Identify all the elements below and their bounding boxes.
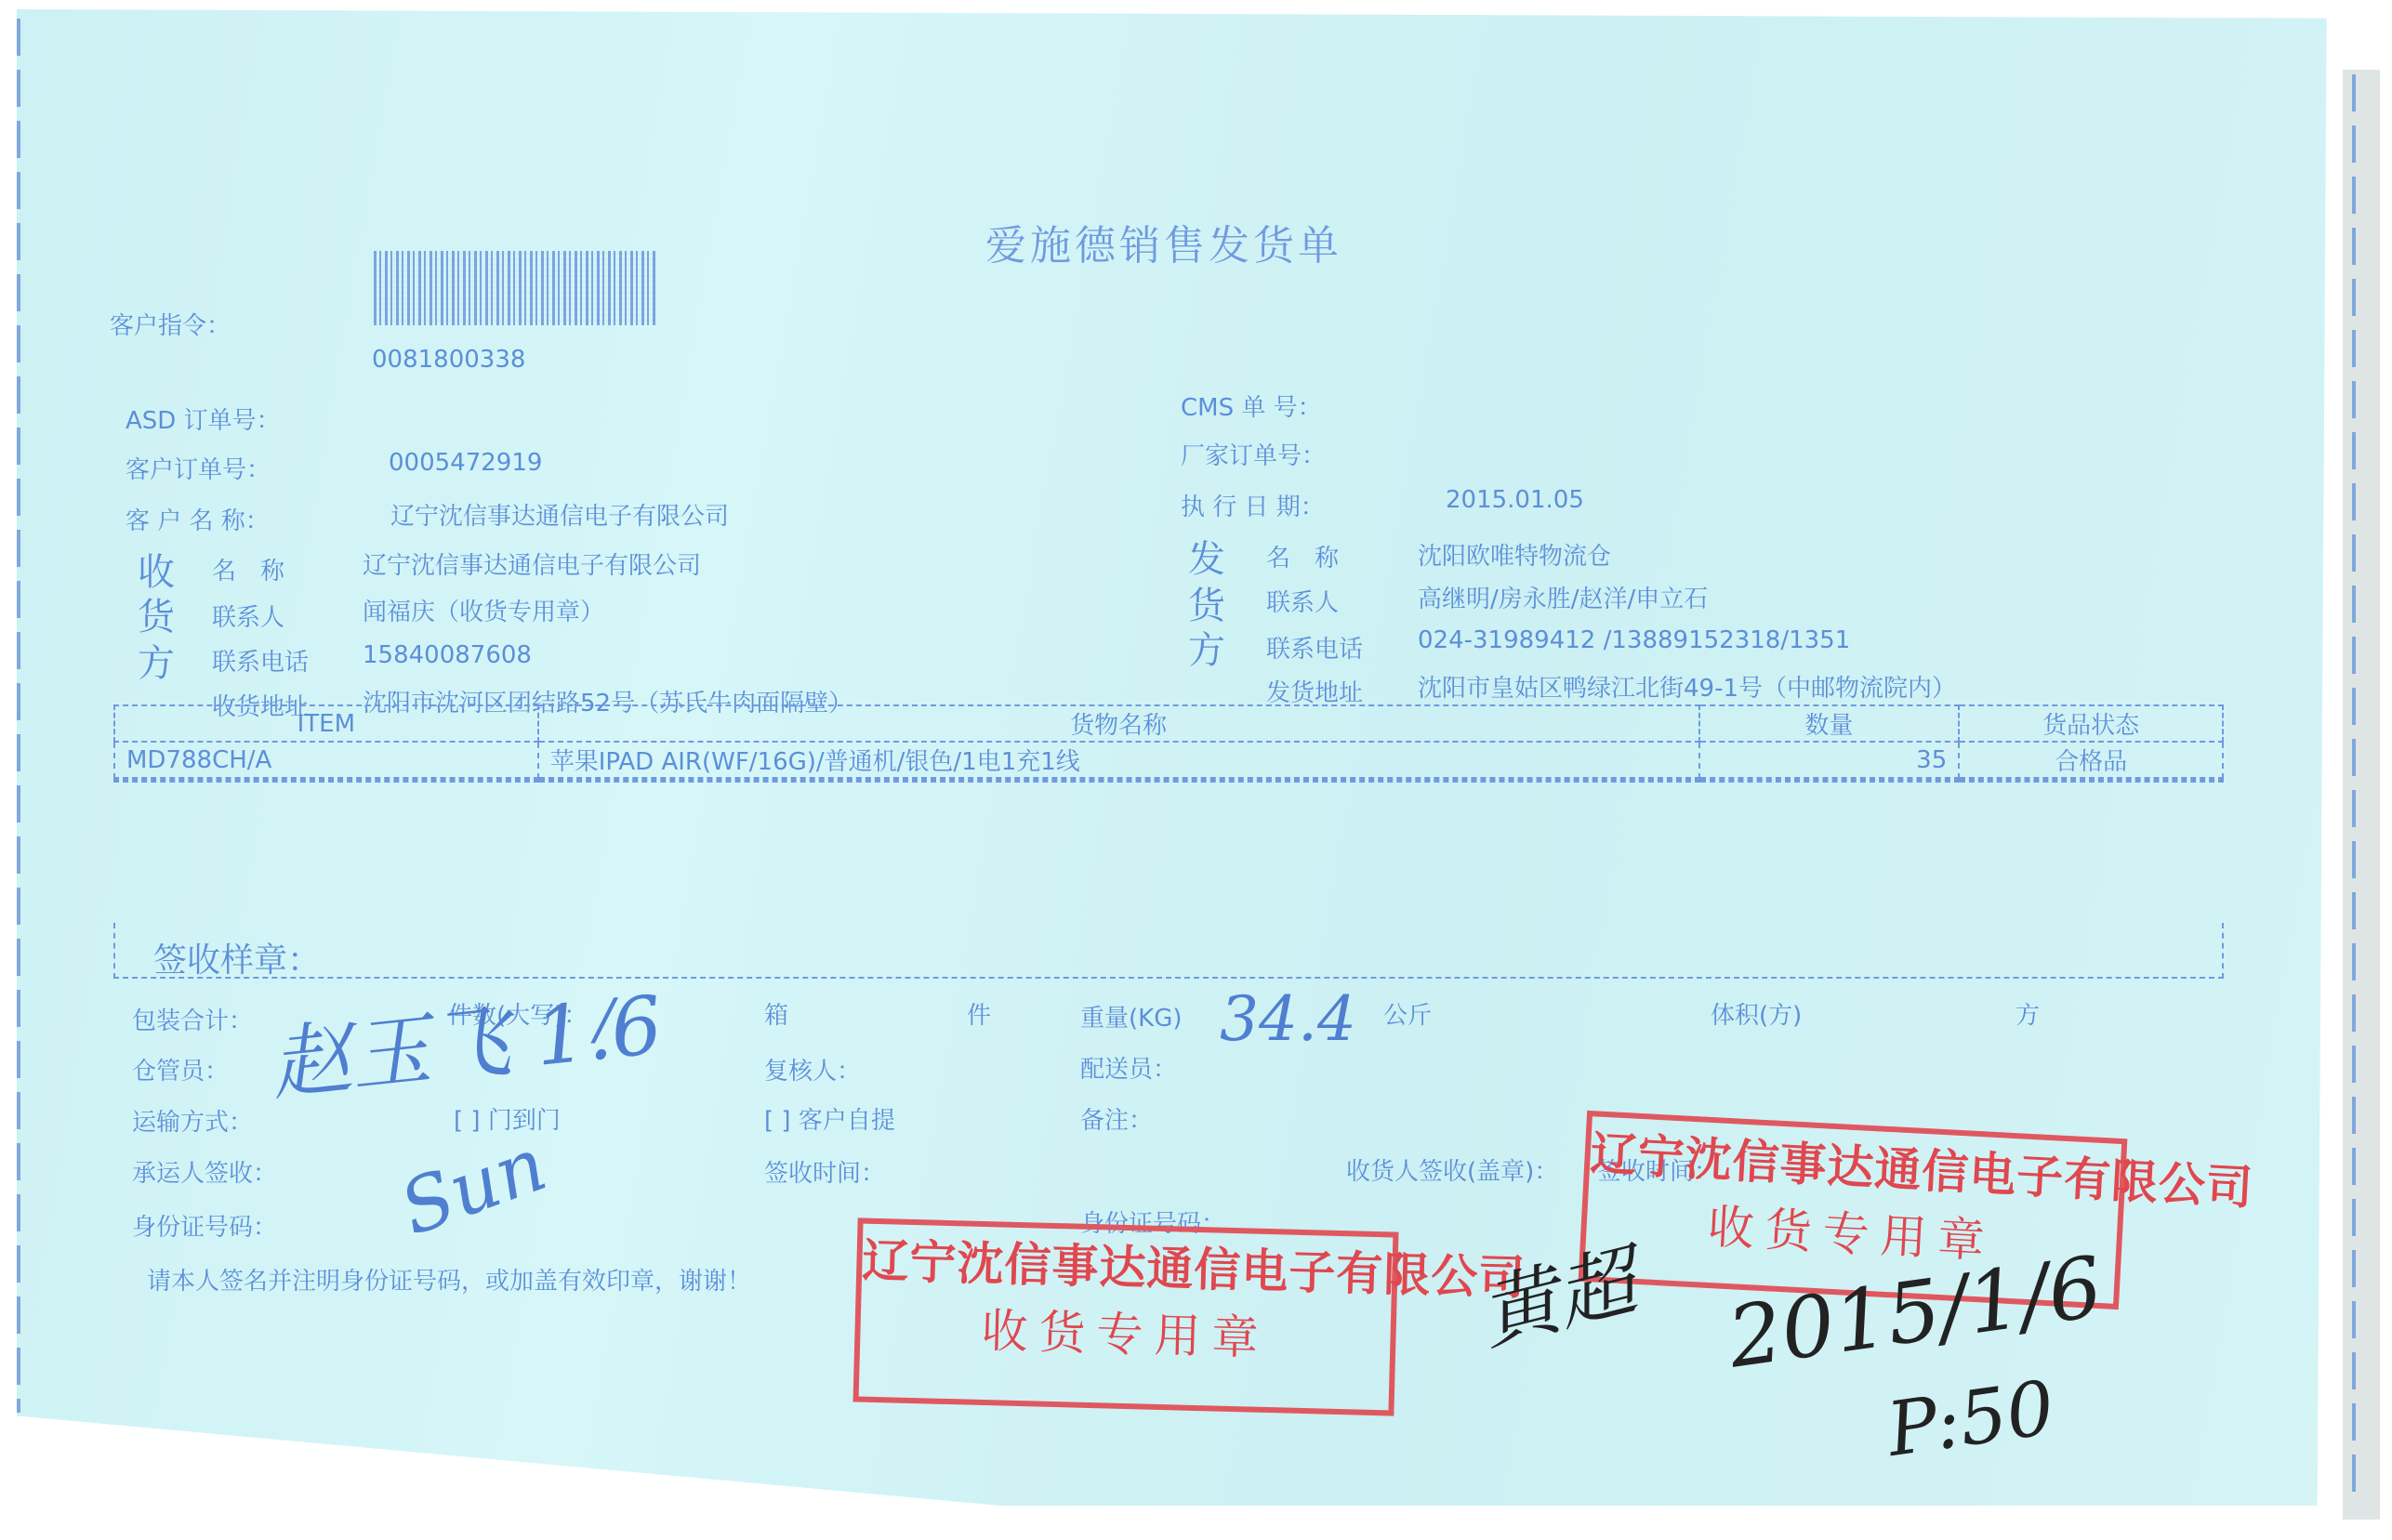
- receiver-name-value: 辽宁沈信事达通信电子有限公司: [363, 546, 701, 581]
- delivery-person-label: 配送员：: [1080, 1050, 1177, 1085]
- customer-order-value: 0005472919: [389, 449, 542, 477]
- perforation-right: [2352, 74, 2356, 1506]
- execution-date-value: 2015.01.05: [1446, 486, 1584, 514]
- receiver-side-char-3: 方: [138, 634, 175, 687]
- shipper-name-value: 沈阳欧唯特物流仓: [1418, 537, 1611, 572]
- manufacturer-order-label: 厂家订单号：: [1181, 437, 1326, 471]
- table-row: MD788CH/A 苹果IPAD AIR(WF/16G)/普通机/银色/1电1充…: [114, 742, 2223, 778]
- signature-notice: 请本人签名并注明身份证号码，或加盖有效印章，谢谢！: [147, 1262, 751, 1296]
- weight-unit: 公斤: [1383, 996, 1432, 1031]
- shipper-side-char-1: 发: [1188, 530, 1225, 583]
- sign-sample-label: 签收样章：: [153, 934, 321, 981]
- shipper-phone-label: 联系电话: [1266, 630, 1363, 665]
- barcode-icon: [374, 251, 657, 325]
- stamp-purpose: 收货专用章: [860, 1291, 1392, 1372]
- customer-instruction-value: 0081800338: [372, 346, 525, 374]
- piece-label: 件: [967, 996, 991, 1031]
- box-label: 箱: [764, 996, 788, 1031]
- cell-goods-status: 合格品: [1959, 742, 2223, 778]
- shipper-address-label: 发货地址: [1266, 674, 1363, 708]
- receiver-contact-label: 联系人: [212, 599, 284, 633]
- customer-instruction-label: 客户指令：: [110, 307, 231, 341]
- header-quantity: 数量: [1699, 705, 1960, 742]
- customer-name-value: 辽宁沈信事达通信电子有限公司: [390, 497, 729, 532]
- remarks-label: 备注：: [1080, 1101, 1153, 1136]
- cell-goods-name: [538, 780, 1699, 782]
- sign-sample-row: [113, 923, 2224, 979]
- shipper-side-char-3: 方: [1188, 621, 1225, 674]
- customer-order-label: 客户订单号：: [126, 451, 271, 485]
- items-table-header: ITEM 货物名称 数量 货品状态: [114, 705, 2223, 742]
- handwritten-weight: 34.4: [1220, 983, 1356, 1055]
- header-goods-name: 货物名称: [538, 705, 1699, 742]
- cell-goods-status: [1959, 780, 2223, 782]
- transport-label: 运输方式：: [132, 1103, 253, 1138]
- customer-name-label: 客 户 名 称：: [126, 502, 270, 536]
- header-item: ITEM: [114, 705, 538, 742]
- volume-unit: 方: [2015, 996, 2040, 1031]
- cms-no-label: CMS 单 号：: [1181, 388, 1322, 423]
- cell-item: MD788CH/A: [114, 742, 538, 778]
- document-title: 爱施德销售发货单: [985, 212, 1342, 271]
- volume-label: 体积(方): [1711, 996, 1802, 1031]
- id-no-label-left: 身份证号码：: [132, 1208, 277, 1243]
- receiver-contact-value: 闻福庆（收货专用章）: [363, 593, 604, 627]
- package-total-label: 包装合计：: [132, 1002, 253, 1036]
- receiver-phone-label: 联系电话: [212, 643, 309, 678]
- warehouse-keeper-label: 仓管员：: [132, 1052, 229, 1086]
- cell-quantity: 35: [1699, 742, 1960, 778]
- cell-quantity: [1699, 780, 1960, 782]
- asd-order-label: ASD 订单号：: [126, 401, 281, 436]
- shipper-name-label: 名 称: [1266, 539, 1339, 573]
- handwritten-pieces-mark: /: [595, 987, 614, 1052]
- stamp-company: 辽宁沈信事达通信电子有限公司: [862, 1224, 1394, 1305]
- shipper-contact-value: 高继明/房永胜/赵洋/申立石: [1418, 580, 1708, 614]
- shipper-contact-label: 联系人: [1266, 584, 1339, 618]
- receiver-phone-value: 15840087608: [363, 641, 532, 669]
- sign-time-label: 签收时间：: [764, 1154, 885, 1189]
- shipper-phone-value: 024-31989412 /13889152318/1351: [1418, 626, 1850, 654]
- receiver-name-label: 名 称: [212, 552, 284, 586]
- receiver-side-char-2: 货: [138, 587, 175, 640]
- shipper-address-value: 沈阳市皇姑区鸭绿江北街49-1号（中邮物流院内）: [1418, 669, 1956, 704]
- reviewer-label: 复核人：: [764, 1052, 861, 1086]
- header-goods-status: 货品状态: [1959, 705, 2223, 742]
- carrier-sign-label: 承运人签收：: [132, 1154, 277, 1189]
- underlying-sheet: [2343, 70, 2380, 1520]
- table-row: [114, 780, 2223, 782]
- cell-goods-name: 苹果IPAD AIR(WF/16G)/普通机/银色/1电1充1线: [538, 742, 1699, 778]
- cell-item: [114, 780, 538, 782]
- receipt-stamp-1: 辽宁沈信事达通信电子有限公司 收货专用章: [853, 1218, 1399, 1415]
- weight-label: 重量(KG): [1080, 999, 1183, 1033]
- execution-date-label: 执 行 日 期：: [1181, 488, 1325, 522]
- self-pickup-checkbox[interactable]: [ ] 客户自提: [764, 1101, 895, 1136]
- perforation-left: [17, 19, 20, 1413]
- items-table: ITEM 货物名称 数量 货品状态 MD788CH/A 苹果IPAD AIR(W…: [113, 704, 2224, 783]
- receiver-sign-label: 收货人签收(盖章)：: [1346, 1152, 1558, 1187]
